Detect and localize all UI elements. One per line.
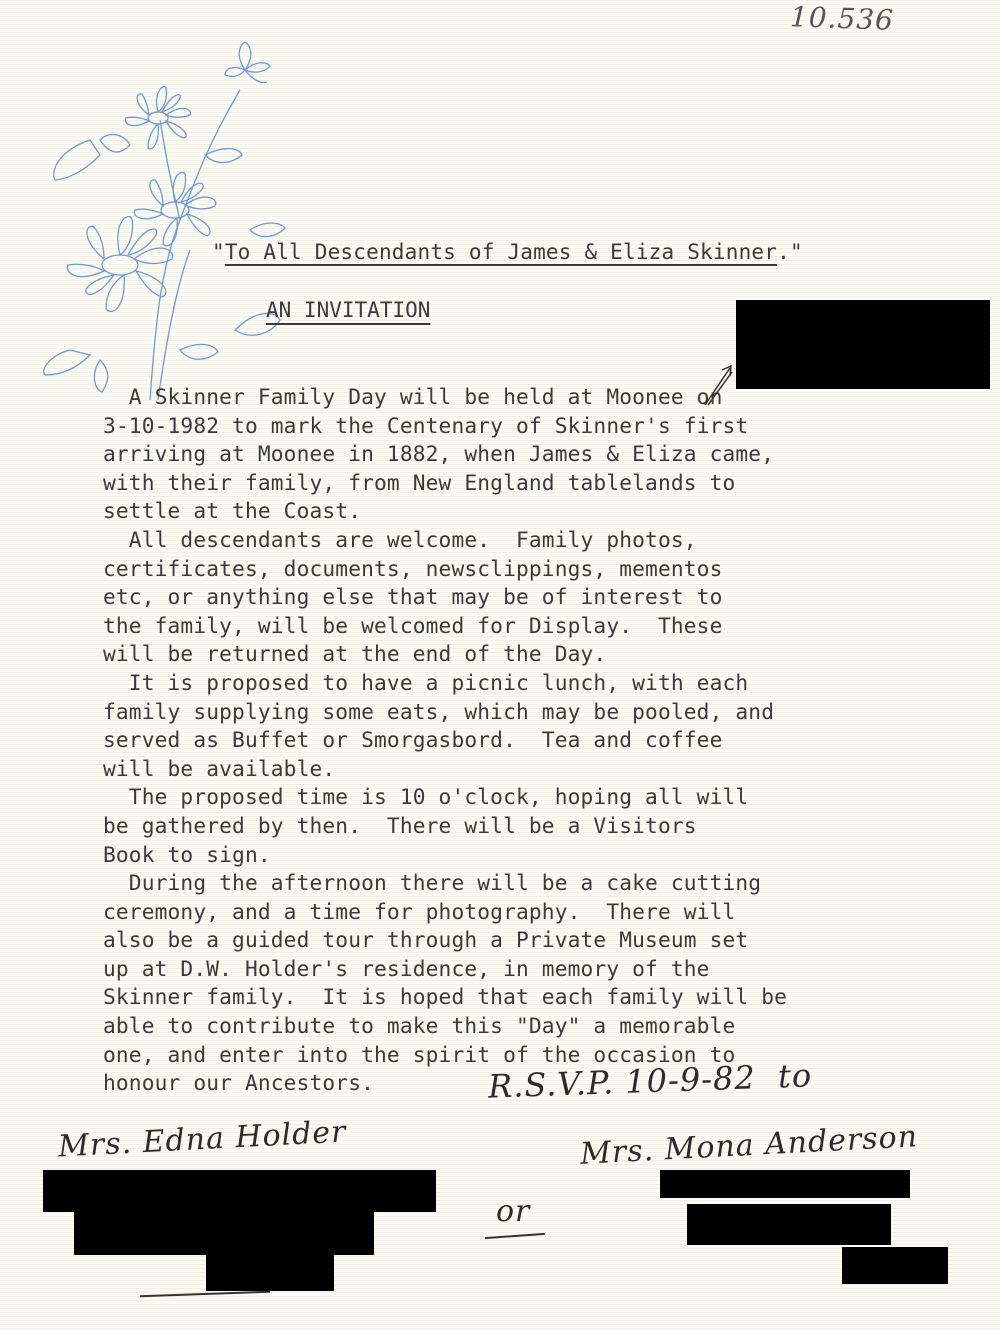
body-line: ceremony, and a time for photography. Th…: [103, 898, 923, 927]
body-line: the family, will be welcomed for Display…: [103, 612, 923, 641]
body-line: The proposed time is 10 o'clock, hoping …: [103, 783, 923, 812]
title-text: To All Descendants of James & Eliza Skin…: [225, 240, 777, 264]
or-word: or: [496, 1194, 530, 1229]
document-title: "To All Descendants of James & Eliza Ski…: [212, 240, 803, 264]
redacted-address-a-line-2: [74, 1210, 374, 1255]
body-line: certificates, documents, newsclippings, …: [103, 555, 923, 584]
body-line: will be available.: [103, 755, 923, 784]
body-line: with their family, from New England tabl…: [103, 469, 923, 498]
body-line: also be a guided tour through a Private …: [103, 926, 923, 955]
underline-mark: [140, 1291, 270, 1298]
body-line: Skinner family. It is hoped that each fa…: [103, 983, 923, 1012]
reference-number: 10.536: [789, 0, 894, 37]
body-line: arriving at Moonee in 1882, when James &…: [103, 440, 923, 469]
contact-a-name: Mrs. Edna Holder: [57, 1114, 347, 1164]
body-line: settle at the Coast.: [103, 497, 923, 526]
body-line: served as Buffet or Smorgasbord. Tea and…: [103, 726, 923, 755]
redacted-note: [736, 300, 990, 389]
redacted-address-b-line-1: [660, 1170, 910, 1198]
body-line: Book to sign.: [103, 841, 923, 870]
title-close-quote: .": [777, 240, 803, 264]
body-line: During the afternoon there will be a cak…: [103, 869, 923, 898]
redacted-address-a-line-1: [43, 1170, 436, 1212]
invitation-body: A Skinner Family Day will be held at Moo…: [103, 383, 923, 1098]
body-line: be gathered by then. There will be a Vis…: [103, 812, 923, 841]
body-line: up at D.W. Holder's residence, in memory…: [103, 955, 923, 984]
body-line: All descendants are welcome. Family phot…: [103, 526, 923, 555]
redacted-address-a-line-3: [206, 1253, 334, 1291]
body-line: etc, or anything else that may be of int…: [103, 583, 923, 612]
flower-illustration-icon: [40, 30, 300, 420]
redacted-address-b-line-2: [687, 1204, 891, 1245]
title-open-quote: ": [212, 240, 225, 264]
body-line: will be returned at the end of the Day.: [103, 640, 923, 669]
body-line: It is proposed to have a picnic lunch, w…: [103, 669, 923, 698]
handwritten-arrow-icon: [700, 360, 740, 410]
redacted-address-b-line-3: [842, 1247, 948, 1284]
body-line: family supplying some eats, which may be…: [103, 698, 923, 727]
document-subtitle: AN INVITATION: [266, 298, 430, 322]
or-underline: [485, 1233, 545, 1239]
body-line: able to contribute to make this "Day" a …: [103, 1012, 923, 1041]
body-line: 3-10-1982 to mark the Centenary of Skinn…: [103, 412, 923, 441]
contact-b-name: Mrs. Mona Anderson: [579, 1119, 918, 1172]
